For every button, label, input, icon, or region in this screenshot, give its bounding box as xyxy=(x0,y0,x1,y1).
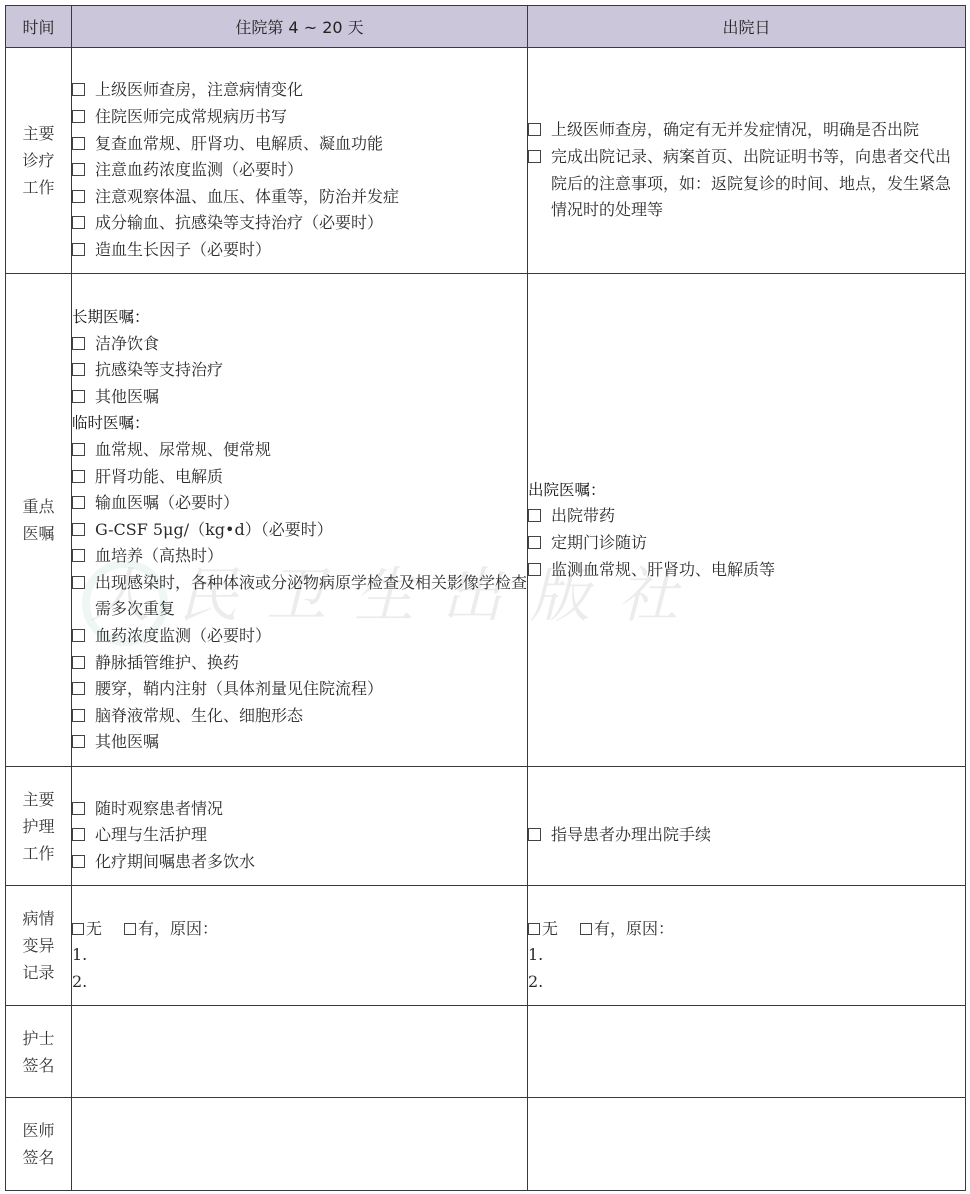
checkbox-none-icon[interactable] xyxy=(528,923,540,935)
checkbox-yes-icon[interactable] xyxy=(580,923,592,935)
checklist-item[interactable]: 造血生长因子（必要时） xyxy=(72,237,527,264)
header-row: 时间 住院第 4 ~ 20 天 出院日 xyxy=(6,6,966,48)
nursing-stay-cell: 随时观察患者情况 心理与生活护理 化疗期间嘱患者多饮水 xyxy=(72,767,528,886)
checklist-item[interactable]: 洁净饮食 xyxy=(72,331,527,358)
checklist-item[interactable]: 成分输血、抗感染等支持治疗（必要时） xyxy=(72,210,527,237)
checklist: 上级医师查房，确定有无并发症情况，明确是否出院 完成出院记录、病案首页、出院证明… xyxy=(528,117,965,223)
temporary-orders-heading: 临时医嘱： xyxy=(72,410,527,437)
variance-discharge-cell: 无有，原因： 1. 2. xyxy=(528,886,966,1006)
checklist-item[interactable]: 完成出院记录、病案首页、出院证明书等，向患者交代出院后的注意事项，如：返院复诊的… xyxy=(528,144,965,224)
checklist-item[interactable]: 化疗期间嘱患者多饮水 xyxy=(72,849,527,876)
row-key-orders: 重点 医嘱 长期医嘱： 洁净饮食 抗感染等支持治疗 其他医嘱 临时医嘱： 血常规… xyxy=(6,274,966,767)
checkbox-icon[interactable] xyxy=(528,509,541,522)
variance-options: 无有，原因： xyxy=(528,916,965,943)
checkbox-icon[interactable] xyxy=(72,523,85,536)
checklist-item[interactable]: 指导患者办理出院手续 xyxy=(528,822,965,849)
checklist-item[interactable]: 上级医师查房，确定有无并发症情况，明确是否出院 xyxy=(528,117,965,144)
checklist-item[interactable]: 注意血药浓度监测（必要时） xyxy=(72,157,527,184)
checkbox-icon[interactable] xyxy=(72,110,85,123)
checkbox-icon[interactable] xyxy=(72,216,85,229)
long-term-orders-heading: 长期医嘱： xyxy=(72,304,527,331)
checklist-item[interactable]: 腰穿，鞘内注射（具体剂量见住院流程） xyxy=(72,676,527,703)
nurse-signature-stay-field[interactable] xyxy=(72,1006,528,1098)
checklist-item[interactable]: 静脉插管维护、换药 xyxy=(72,650,527,677)
checkbox-icon[interactable] xyxy=(72,802,85,815)
checklist-item[interactable]: 抗感染等支持治疗 xyxy=(72,357,527,384)
checklist: 血常规、尿常规、便常规 肝肾功能、电解质 输血医嘱（必要时） G-CSF 5μg… xyxy=(72,437,527,756)
diagnosis-stay-cell: 上级医师查房，注意病情变化 住院医师完成常规病历书写 复查血常规、肝肾功、电解质… xyxy=(72,48,528,274)
row-variance-record: 病情 变异 记录 无有，原因： 1. 2. 无有，原因： 1. 2. xyxy=(6,886,966,1006)
checklist: 出院带药 定期门诊随访 监测血常规、肝肾功、电解质等 xyxy=(528,503,965,583)
checklist: 洁净饮食 抗感染等支持治疗 其他医嘱 xyxy=(72,331,527,411)
checklist-item[interactable]: 肝肾功能、电解质 xyxy=(72,464,527,491)
checkbox-icon[interactable] xyxy=(72,549,85,562)
checklist-item[interactable]: 其他医嘱 xyxy=(72,384,527,411)
variance-line-1[interactable]: 1. xyxy=(528,942,965,969)
checkbox-icon[interactable] xyxy=(72,709,85,722)
checklist-item[interactable]: 血培养（高热时） xyxy=(72,543,527,570)
checkbox-icon[interactable] xyxy=(72,735,85,748)
checklist-item[interactable]: 血药浓度监测（必要时） xyxy=(72,623,527,650)
checkbox-icon[interactable] xyxy=(72,656,85,669)
checkbox-icon[interactable] xyxy=(72,337,85,350)
checkbox-none-icon[interactable] xyxy=(72,923,84,935)
checklist-item[interactable]: 脑脊液常规、生化、细胞形态 xyxy=(72,703,527,730)
row-label-orders: 重点 医嘱 xyxy=(6,274,72,767)
checklist-item[interactable]: 出现感染时，各种体液或分泌物病原学检查及相关影像学检查需多次重复 xyxy=(72,570,527,623)
checkbox-icon[interactable] xyxy=(528,150,541,163)
diagnosis-discharge-cell: 上级医师查房，确定有无并发症情况，明确是否出院 完成出院记录、病案首页、出院证明… xyxy=(528,48,966,274)
checkbox-icon[interactable] xyxy=(72,190,85,203)
checkbox-icon[interactable] xyxy=(528,828,541,841)
variance-line-1[interactable]: 1. xyxy=(72,942,527,969)
row-diagnosis-work: 主要 诊疗 工作 上级医师查房，注意病情变化 住院医师完成常规病历书写 复查血常… xyxy=(6,48,966,274)
checkbox-icon[interactable] xyxy=(72,243,85,256)
checklist-item[interactable]: 输血医嘱（必要时） xyxy=(72,490,527,517)
checklist: 上级医师查房，注意病情变化 住院医师完成常规病历书写 复查血常规、肝肾功、电解质… xyxy=(72,77,527,263)
checklist-item[interactable]: 随时观察患者情况 xyxy=(72,796,527,823)
checklist-item[interactable]: 出院带药 xyxy=(528,503,965,530)
checkbox-icon[interactable] xyxy=(72,682,85,695)
checkbox-icon[interactable] xyxy=(528,536,541,549)
checklist-item[interactable]: 复查血常规、肝肾功、电解质、凝血功能 xyxy=(72,131,527,158)
nursing-discharge-cell: 指导患者办理出院手续 xyxy=(528,767,966,886)
doctor-signature-discharge-field[interactable] xyxy=(528,1098,966,1191)
row-label-diagnosis: 主要 诊疗 工作 xyxy=(6,48,72,274)
row-nurse-signature: 护士 签名 xyxy=(6,1006,966,1098)
checkbox-icon[interactable] xyxy=(72,855,85,868)
variance-options: 无有，原因： xyxy=(72,916,527,943)
nurse-signature-discharge-field[interactable] xyxy=(528,1006,966,1098)
checkbox-icon[interactable] xyxy=(72,629,85,642)
discharge-orders-heading: 出院医嘱： xyxy=(528,477,965,504)
header-discharge-day: 出院日 xyxy=(528,6,966,48)
checkbox-icon[interactable] xyxy=(72,390,85,403)
checkbox-yes-icon[interactable] xyxy=(124,923,136,935)
header-time: 时间 xyxy=(6,6,72,48)
checkbox-icon[interactable] xyxy=(72,83,85,96)
row-label-nursing: 主要 护理 工作 xyxy=(6,767,72,886)
checkbox-icon[interactable] xyxy=(72,470,85,483)
checklist-item[interactable]: 注意观察体温、血压、体重等，防治并发症 xyxy=(72,184,527,211)
doctor-signature-stay-field[interactable] xyxy=(72,1098,528,1191)
clinical-pathway-table: 时间 住院第 4 ~ 20 天 出院日 主要 诊疗 工作 上级医师查房，注意病情… xyxy=(5,5,966,1191)
row-label-variance: 病情 变异 记录 xyxy=(6,886,72,1006)
row-label-nurse-sign: 护士 签名 xyxy=(6,1006,72,1098)
row-doctor-signature: 医师 签名 xyxy=(6,1098,966,1191)
checkbox-icon[interactable] xyxy=(72,496,85,509)
row-label-doctor-sign: 医师 签名 xyxy=(6,1098,72,1191)
checklist-item[interactable]: 其他医嘱 xyxy=(72,729,527,756)
checklist-item[interactable]: 血常规、尿常规、便常规 xyxy=(72,437,527,464)
orders-discharge-cell: 出院医嘱： 出院带药 定期门诊随访 监测血常规、肝肾功、电解质等 xyxy=(528,274,966,767)
checkbox-icon[interactable] xyxy=(72,363,85,376)
checklist-item[interactable]: 上级医师查房，注意病情变化 xyxy=(72,77,527,104)
checkbox-icon[interactable] xyxy=(72,828,85,841)
checkbox-icon[interactable] xyxy=(528,563,541,576)
checkbox-icon[interactable] xyxy=(528,123,541,136)
variance-line-2[interactable]: 2. xyxy=(528,969,965,996)
row-nursing-work: 主要 护理 工作 随时观察患者情况 心理与生活护理 化疗期间嘱患者多饮水 指导患… xyxy=(6,767,966,886)
checkbox-icon[interactable] xyxy=(72,163,85,176)
checkbox-icon[interactable] xyxy=(72,137,85,150)
checklist: 指导患者办理出院手续 xyxy=(528,822,965,849)
variance-stay-cell: 无有，原因： 1. 2. xyxy=(72,886,528,1006)
checklist: 随时观察患者情况 心理与生活护理 化疗期间嘱患者多饮水 xyxy=(72,796,527,876)
header-stay-days: 住院第 4 ~ 20 天 xyxy=(72,6,528,48)
checklist-item[interactable]: 心理与生活护理 xyxy=(72,822,527,849)
checklist-item[interactable]: 定期门诊随访 xyxy=(528,530,965,557)
checklist-item[interactable]: 监测血常规、肝肾功、电解质等 xyxy=(528,557,965,584)
checkbox-icon[interactable] xyxy=(72,576,85,589)
orders-stay-cell: 长期医嘱： 洁净饮食 抗感染等支持治疗 其他医嘱 临时医嘱： 血常规、尿常规、便… xyxy=(72,274,528,767)
checklist-item[interactable]: G-CSF 5μg/（kg•d）（必要时） xyxy=(72,517,527,544)
checkbox-icon[interactable] xyxy=(72,443,85,456)
variance-line-2[interactable]: 2. xyxy=(72,969,527,996)
checklist-item[interactable]: 住院医师完成常规病历书写 xyxy=(72,104,527,131)
